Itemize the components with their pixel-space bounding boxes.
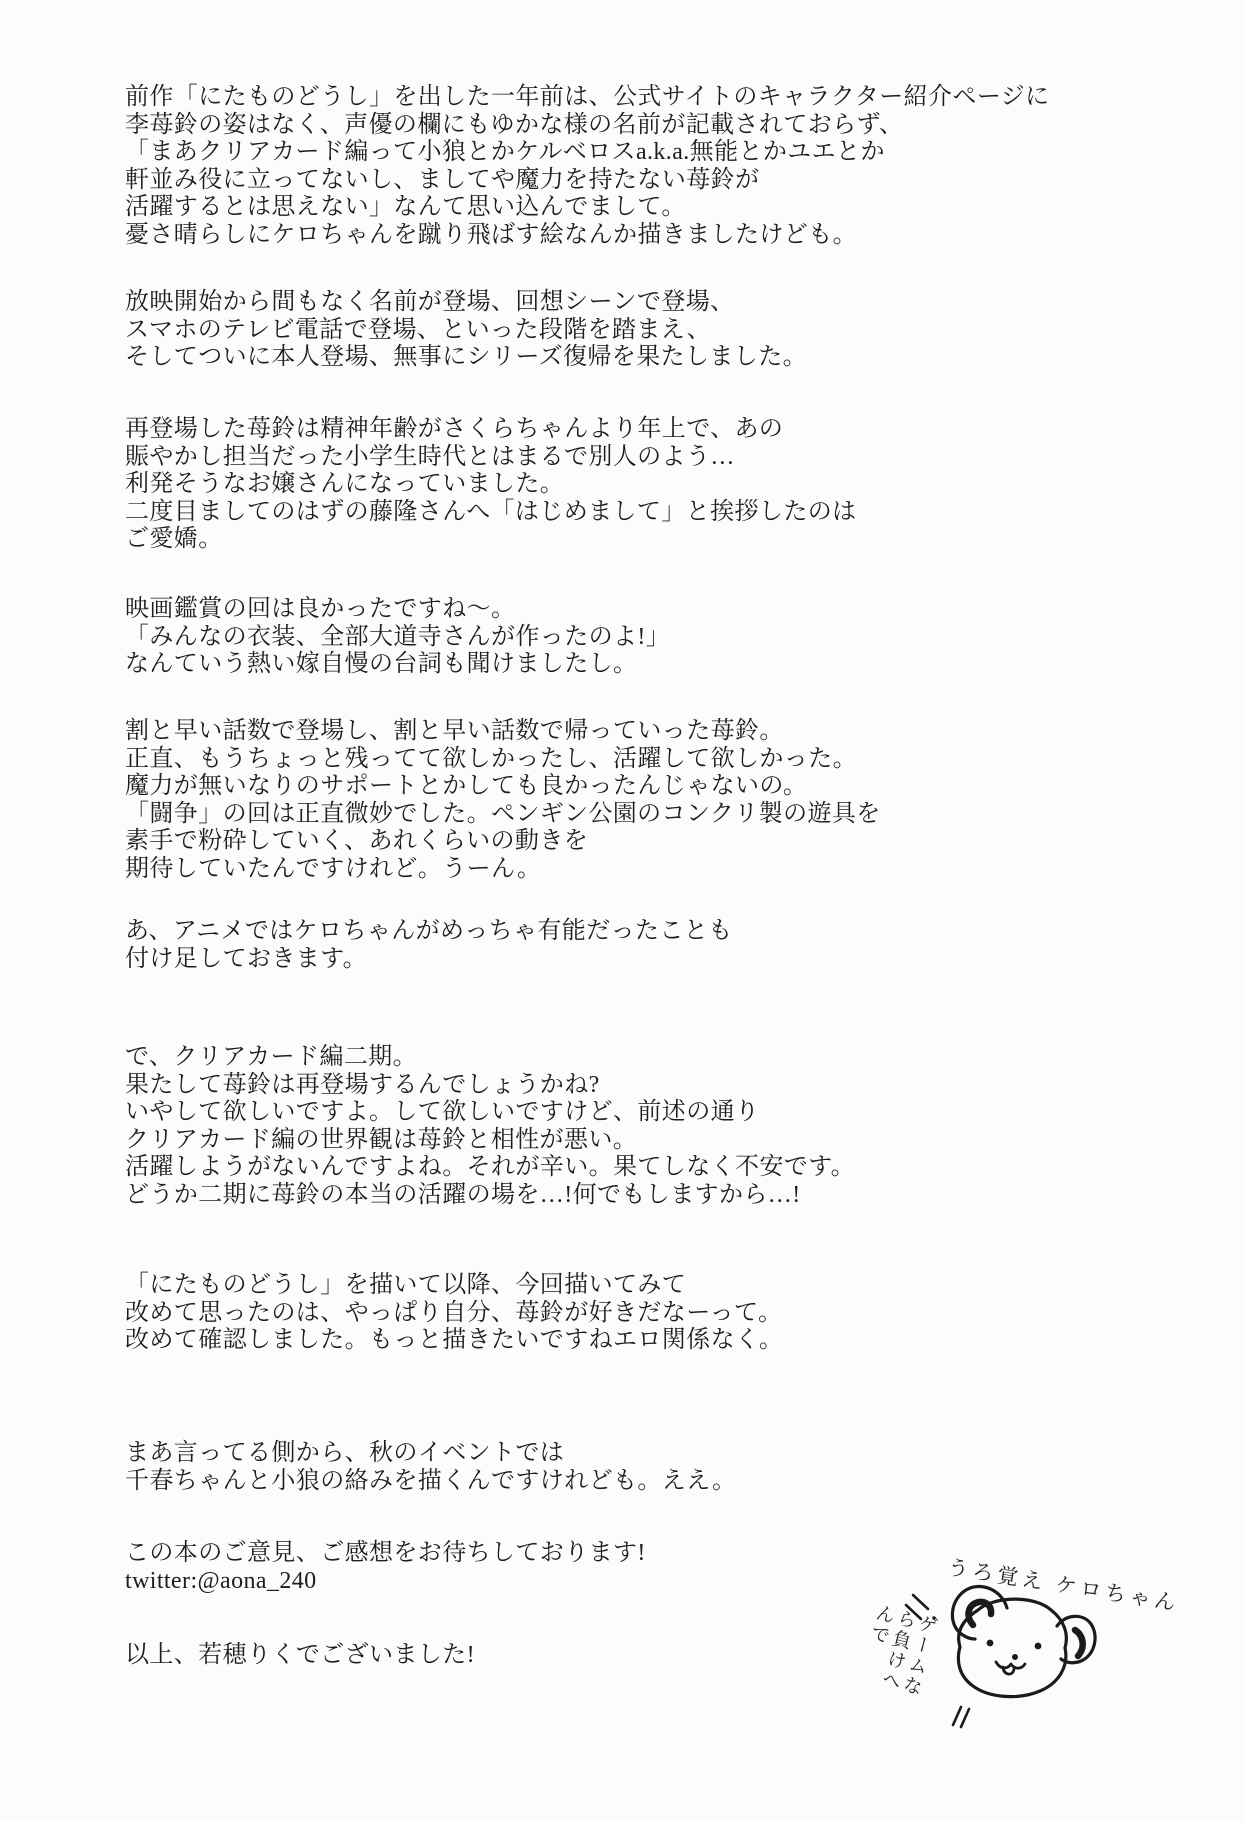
kero-left-eye [987, 1640, 994, 1647]
afterword-page: 前作「にたものどうし」を出した一年前は、公式サイトのキャラクター紹介ページに 李… [0, 0, 1244, 1822]
paragraph-season-two: で、クリアカード編二期。 果たして苺鈴は再登場するんでしょうかね? いやして欲し… [125, 1044, 1185, 1210]
paragraph-early-exit: 割と早い話数で登場し、割と早い話数で帰っていった苺鈴。 正直、もうちょっと残って… [125, 718, 1185, 884]
paragraph-reappearance: 再登場した苺鈴は精神年齢がさくらちゃんより年上で、あの 賑やかし担当だった小学生… [125, 416, 1185, 554]
paragraph-kero-note: あ、アニメではケロちゃんがめっちゃ有能だったことも 付け足しておきます。 [125, 918, 1185, 973]
paragraph-intro: 前作「にたものどうし」を出した一年前は、公式サイトのキャラクター紹介ページに 李… [125, 84, 1185, 250]
kero-head [958, 1599, 1066, 1696]
paragraph-reflection: 「にたものどうし」を描いて以降、今回描いてみて 改めて思ったのは、やっぱり自分、… [125, 1272, 1185, 1355]
paragraph-next-event: まあ言ってる側から、秋のイベントでは 千春ちゃんと小狼の絡みを描くんですけれども… [125, 1440, 1185, 1495]
paragraph-movie-episode: 映画鑑賞の回は良かったですね〜。 「みんなの衣装、全部大道寺さんが作ったのよ!」… [125, 596, 1185, 679]
kero-mouth [996, 1662, 1025, 1668]
kero-right-ear-inner [1075, 1630, 1083, 1656]
paragraph-broadcast: 放映開始から間もなく名前が登場、回想シーンで登場、 スマホのテレビ電話で登場、と… [125, 289, 1185, 372]
kero-nose [1012, 1654, 1018, 1660]
ditto-marks [953, 1707, 969, 1727]
kero-right-eye [1035, 1643, 1042, 1650]
kero-doodle: うろ覚え ケロちゃん ゲームなら負けへんで [860, 1535, 1180, 1785]
